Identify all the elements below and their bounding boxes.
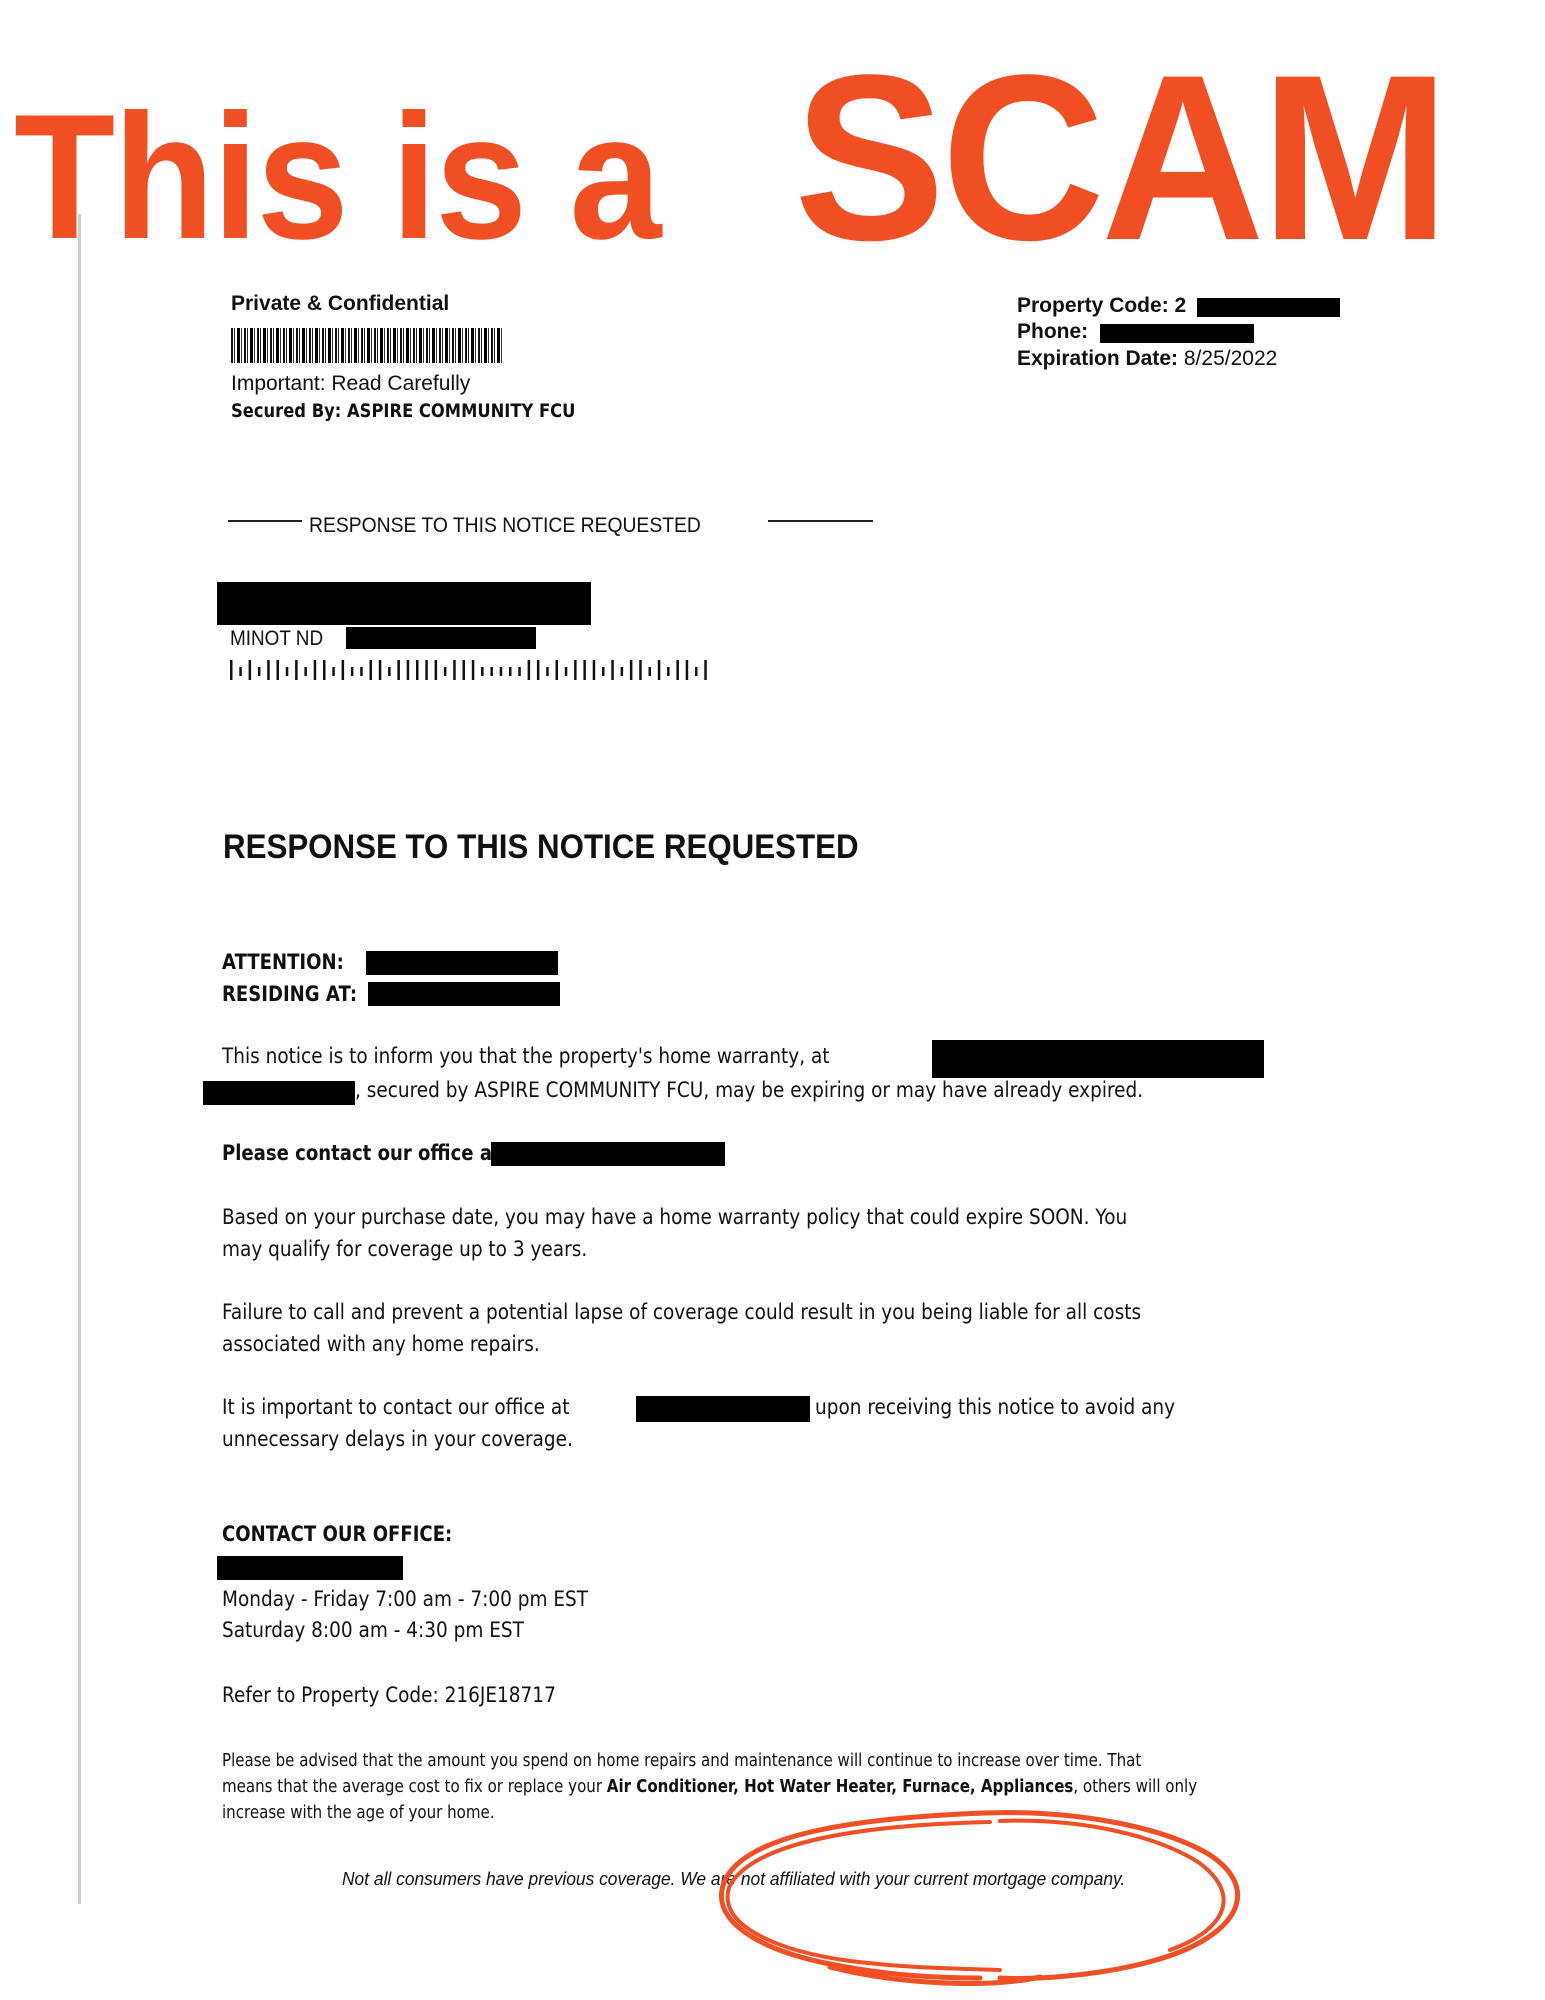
disclaimer-coverage: Not all consumers have previous coverage… [342,1868,675,1889]
expiration-value: 8/25/2022 [1184,347,1277,370]
private-confidential-label: Private & Confidential [231,292,449,316]
para1-line1: This notice is to inform you that the pr… [222,1044,830,1068]
refer-property-code: Refer to Property Code: 216JE18717 [222,1683,556,1707]
barcode [231,328,502,363]
advisory-line2: means that the average cost to fix or re… [222,1777,1197,1797]
hours-saturday: Saturday 8:00 am - 4:30 pm EST [222,1618,524,1642]
advisory-line3: increase with the age of your home. [222,1803,495,1823]
contact-heading: CONTACT OUR OFFICE: [222,1522,452,1546]
redaction-contact-phone [491,1142,725,1166]
para4-line1-a: It is important to contact our office at [222,1395,569,1419]
dash-header-text: RESPONSE TO THIS NOTICE REQUESTED [309,514,701,538]
redaction-property-code [1197,298,1340,317]
attention-label: ATTENTION: [222,950,344,974]
redaction-phone [1100,324,1254,343]
phone-label: Phone: [1017,320,1088,344]
advisory-line1: Please be advised that the amount you sp… [222,1751,1141,1771]
redaction-zip [346,627,536,649]
header-rule-right [768,520,873,522]
address-city-state: MINOT ND [230,627,323,651]
residing-label: RESIDING AT: [222,982,357,1006]
advisory-line2-start: means that the average cost to fix or re… [222,1777,602,1797]
redaction-zip-2 [203,1081,355,1105]
header-rule-left [228,520,302,522]
hours-weekday: Monday - Friday 7:00 am - 7:00 pm EST [222,1587,588,1611]
advisory-line2-end: , others will only [1073,1777,1197,1797]
para2-line2: may qualify for coverage up to 3 years. [222,1237,587,1261]
para4-line2: unnecessary delays in your coverage. [222,1427,573,1451]
property-code-prefix: 2 [1175,294,1187,317]
expiration-field: Expiration Date: 8/25/2022 [1017,347,1277,371]
banner-prefix: This is a [14,88,660,266]
para4-line1-b: upon receiving this notice to avoid any [815,1395,1175,1419]
para3-line2: associated with any home repairs. [222,1332,540,1356]
banner-emphasis: SCAM [794,40,1446,276]
page-edge-line [78,214,81,1904]
para2-line1: Based on your purchase date, you may hav… [222,1205,1127,1229]
redaction-office-phone [217,1556,403,1580]
advisory-appliances: Air Conditioner, Hot Water Heater, Furna… [607,1777,1074,1797]
redaction-phone-2 [636,1396,810,1422]
redaction-residing [368,982,560,1006]
para3-line1: Failure to call and prevent a potential … [222,1300,1141,1324]
notice-heading: RESPONSE TO THIS NOTICE REQUESTED [223,828,859,867]
secured-by-label: Secured By: ASPIRE COMMUNITY FCU [231,400,575,422]
postal-barcode [230,658,715,684]
contact-office-line: Please contact our office at 1 [222,1141,519,1165]
redaction-attention [366,951,558,975]
important-label: Important: Read Carefully [231,372,470,396]
para1-line2: , secured by ASPIRE COMMUNITY FCU, may b… [355,1078,1143,1102]
redaction-recipient-name [217,582,591,625]
property-code-label: Property Code: [1017,294,1169,317]
property-code-field: Property Code: 2 [1017,294,1186,318]
redaction-property-address [932,1040,1264,1078]
annotation-circle-icon [700,1800,1260,2000]
expiration-label: Expiration Date: [1017,347,1178,370]
